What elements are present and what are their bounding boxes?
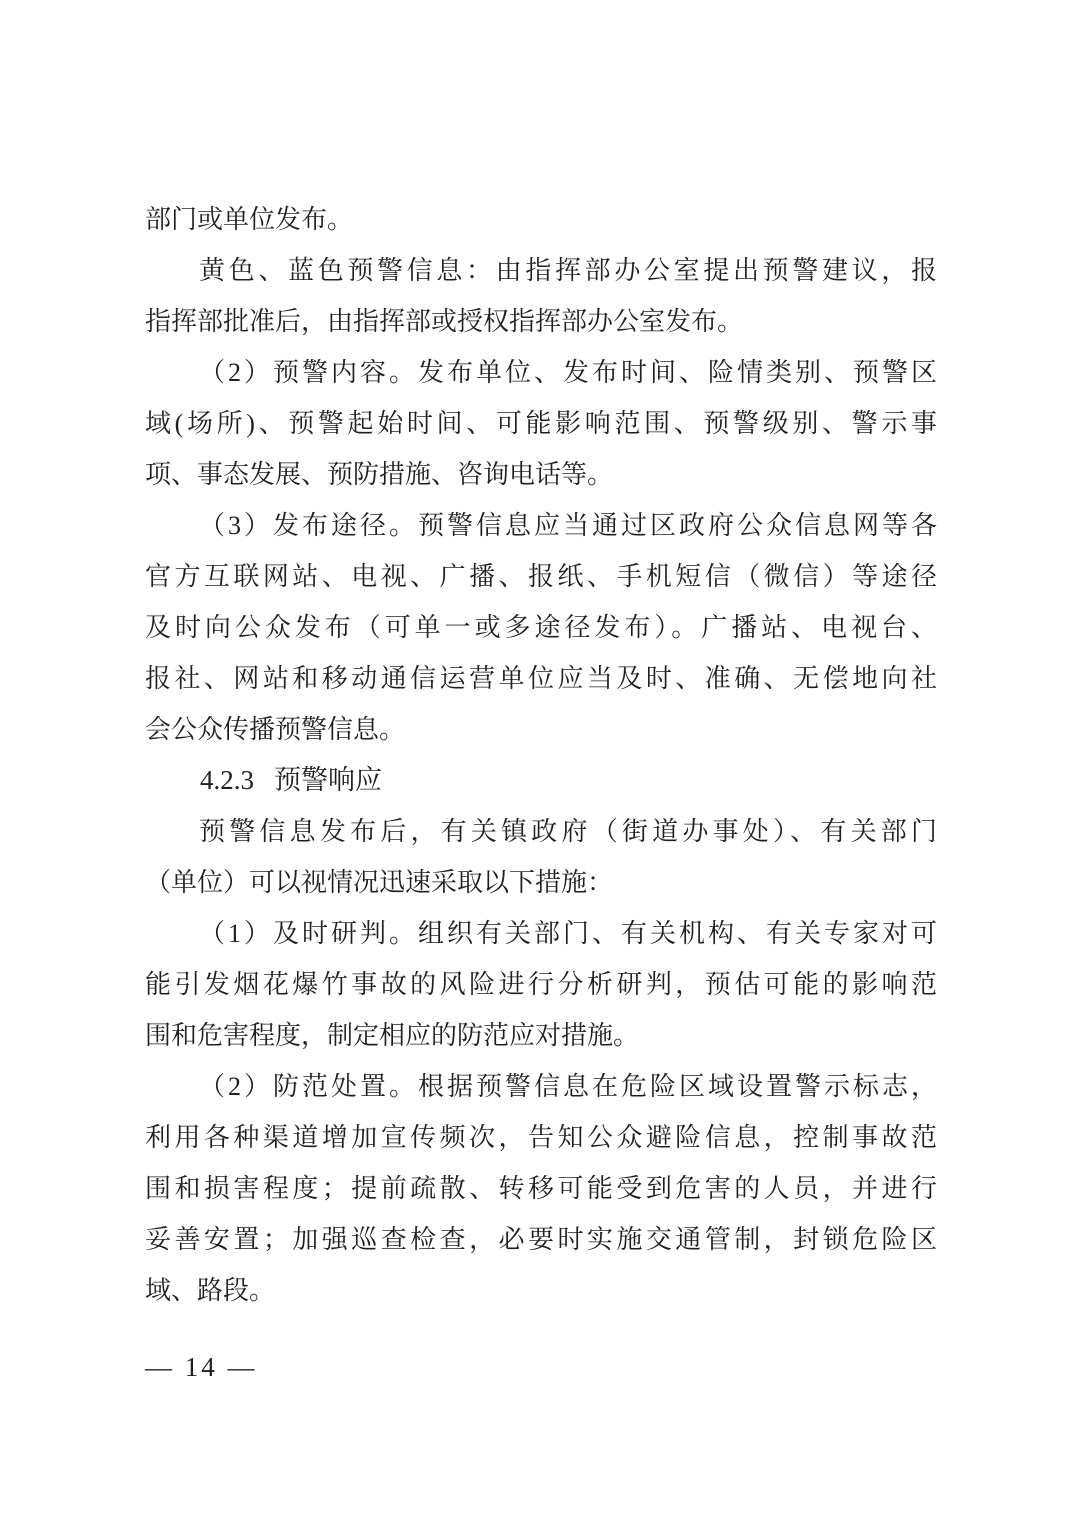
text-line: 会公众传播预警信息。: [145, 704, 937, 755]
text-line: 部门或单位发布。: [145, 194, 937, 245]
text-line: 域、路段。: [145, 1265, 937, 1316]
paragraph: 部门或单位发布。: [145, 194, 937, 245]
text-line: 项、事态发展、预防措施、咨询电话等。: [145, 449, 937, 500]
text-line: （单位）可以视情况迅速采取以下措施：: [145, 857, 937, 908]
page-number: — 14 —: [145, 1352, 258, 1382]
text-line: 报社、网站和移动通信运营单位应当及时、准确、无偿地向社: [145, 653, 937, 704]
text-line: （3）发布途径。预警信息应当通过区政府公众信息网等各: [145, 500, 937, 551]
paragraph: 预警信息发布后，有关镇政府（街道办事处）、有关部门 （单位）可以视情况迅速采取以…: [145, 806, 937, 908]
text-line: （2）防范处置。根据预警信息在危险区域设置警示标志，: [145, 1061, 937, 1112]
text-line: 预警信息发布后，有关镇政府（街道办事处）、有关部门: [145, 806, 937, 857]
text-line: 指挥部批准后，由指挥部或授权指挥部办公室发布。: [145, 296, 937, 347]
section-title: 预警响应: [274, 765, 382, 795]
text-line: 官方互联网站、电视、广播、报纸、手机短信（微信）等途径: [145, 551, 937, 602]
section-number: 4.2.3: [200, 765, 254, 795]
paragraph: 黄色、蓝色预警信息：由指挥部办公室提出预警建议，报 指挥部批准后，由指挥部或授权…: [145, 245, 937, 347]
paragraph: （1）及时研判。组织有关部门、有关机构、有关专家对可 能引发烟花爆竹事故的风险进…: [145, 908, 937, 1061]
paragraph: （3）发布途径。预警信息应当通过区政府公众信息网等各 官方互联网站、电视、广播、…: [145, 500, 937, 755]
text-line: 能引发烟花爆竹事故的风险进行分析研判，预估可能的影响范: [145, 959, 937, 1010]
text-line: 围和损害程度；提前疏散、转移可能受到危害的人员，并进行: [145, 1163, 937, 1214]
text-line: 及时向公众发布（可单一或多途径发布）。广播站、电视台、: [145, 602, 937, 653]
document-body: 部门或单位发布。 黄色、蓝色预警信息：由指挥部办公室提出预警建议，报 指挥部批准…: [145, 194, 937, 1316]
text-line: （1）及时研判。组织有关部门、有关机构、有关专家对可: [145, 908, 937, 959]
text-line: （2）预警内容。发布单位、发布时间、险情类别、预警区: [145, 347, 937, 398]
paragraph: （2）防范处置。根据预警信息在危险区域设置警示标志， 利用各种渠道增加宣传频次，…: [145, 1061, 937, 1316]
page-footer: — 14 —: [145, 1350, 258, 1384]
text-line: 域(场所)、预警起始时间、可能影响范围、预警级别、警示事: [145, 398, 937, 449]
text-line: 黄色、蓝色预警信息：由指挥部办公室提出预警建议，报: [145, 245, 937, 296]
section-heading: 4.2.3预警响应: [145, 755, 937, 806]
text-line: 利用各种渠道增加宣传频次，告知公众避险信息，控制事故范: [145, 1112, 937, 1163]
text-line: 围和危害程度，制定相应的防范应对措施。: [145, 1010, 937, 1061]
text-line: 妥善安置；加强巡查检查，必要时实施交通管制，封锁危险区: [145, 1214, 937, 1265]
document-page: 部门或单位发布。 黄色、蓝色预警信息：由指挥部办公室提出预警建议，报 指挥部批准…: [0, 0, 1074, 1520]
paragraph: （2）预警内容。发布单位、发布时间、险情类别、预警区 域(场所)、预警起始时间、…: [145, 347, 937, 500]
